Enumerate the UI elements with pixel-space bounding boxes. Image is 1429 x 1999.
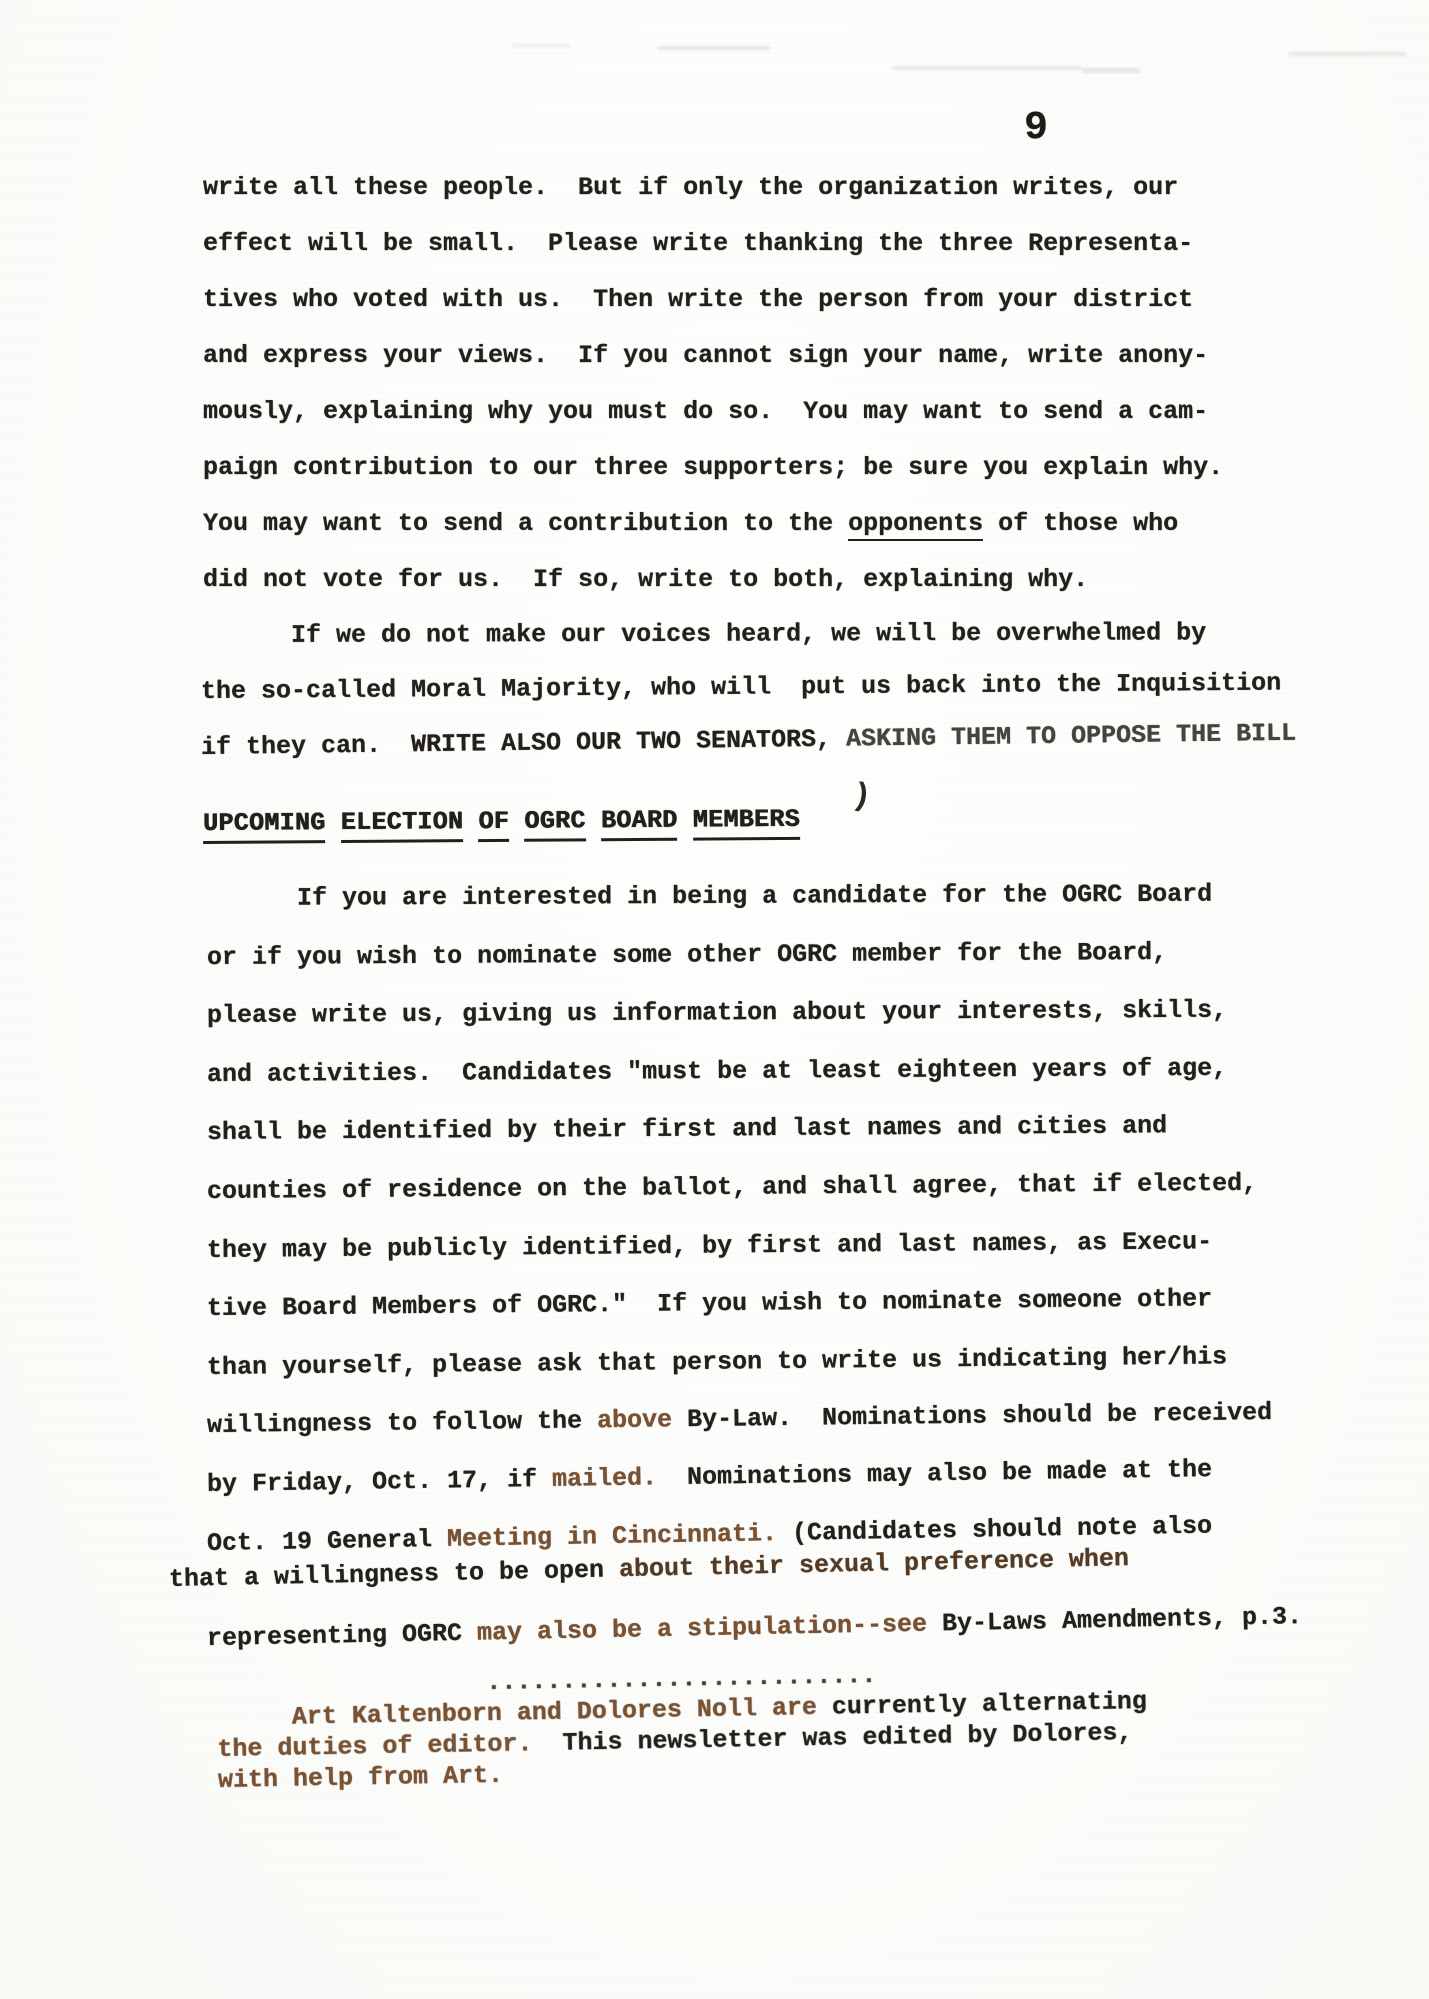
text-segment: OGRC [524, 806, 585, 841]
text-segment: please write us, giving us information a… [207, 996, 1227, 1030]
text-segment: the so-called Moral Majority, who will p… [201, 669, 1281, 706]
page-number: 9 [1024, 106, 1048, 151]
text-segment: with help from Art. [218, 1761, 504, 1795]
text-line: and express your views. If you cannot si… [203, 328, 1223, 384]
text-segment [463, 807, 479, 836]
text-segment: currently alternating [832, 1687, 1148, 1722]
text-segment: and express your views. If you cannot si… [203, 341, 1208, 370]
text-segment: of those who [983, 509, 1178, 538]
text-segment: that a willingness to be open [169, 1555, 620, 1594]
text-segment: about their sexual preference when [619, 1544, 1130, 1584]
text-segment: mously, explaining why you must do so. Y… [203, 397, 1208, 426]
text-line: shall be identified by their first and l… [207, 1097, 1303, 1163]
text-segment: representing OGRC [207, 1618, 478, 1652]
scan-smudge [512, 44, 570, 47]
text-segment [509, 807, 525, 836]
text-line: If we do not make our voices heard, we w… [201, 605, 1296, 664]
text-segment: tive Board Members of OGRC." If you wish… [207, 1285, 1212, 1324]
text-segment: By-Laws Amendments, p.3. [942, 1602, 1303, 1638]
text-segment: if they can. [201, 730, 411, 762]
text-segment: BOARD [601, 806, 678, 842]
text-line: and activities. Candidates "must be at l… [207, 1039, 1303, 1104]
text-segment: ASKING THEM TO OPPOSE THE BILL [846, 719, 1296, 754]
scan-smudge [1082, 68, 1140, 73]
text-segment: they may be publicly identified, by firs… [207, 1227, 1212, 1265]
text-line: write all these people. But if only the … [203, 160, 1223, 216]
text-segment [325, 808, 341, 837]
scan-smudge [1288, 52, 1406, 56]
text-segment: or if you wish to nominate some other OG… [207, 938, 1167, 972]
text-segment: may also be a stipulation--see [477, 1609, 943, 1647]
text-segment: Nominations may also be made at the [657, 1455, 1212, 1492]
editor-note: .......................... Art Kaltenbor… [216, 1655, 1148, 1796]
text-segment [677, 806, 693, 835]
text-line: UPCOMING ELECTION OF OGRC BOARD MEMBERS [203, 792, 800, 852]
text-segment: ELECTION [341, 807, 464, 843]
section-heading-upcoming-election: UPCOMING ELECTION OF OGRC BOARD MEMBERS [203, 796, 800, 852]
text-line: paign contribution to our three supporte… [203, 440, 1223, 496]
paragraph-letter-writing: write all these people. But if only the … [203, 160, 1223, 608]
text-line: If you are interested in being a candida… [207, 865, 1302, 928]
text-segment: paign contribution to our three supporte… [203, 453, 1223, 482]
text-segment: If we do not make our voices heard, we w… [201, 618, 1206, 650]
text-line: tives who voted with us. Then write the … [203, 272, 1223, 328]
text-line: they may be publicly identified, by firs… [207, 1212, 1303, 1280]
text-line: please write us, giving us information a… [207, 981, 1302, 1045]
text-segment: opponents [848, 509, 983, 541]
text-segment [585, 806, 601, 835]
text-segment: MEMBERS [693, 805, 800, 841]
paragraph-board-candidacy: If you are interested in being a candida… [207, 870, 1302, 1668]
text-segment: by Friday, Oct. 17, if [207, 1465, 552, 1499]
text-segment: OF [478, 807, 509, 842]
text-segment: tives who voted with us. Then write the … [203, 285, 1193, 314]
text-line: or if you wish to nominate some other OG… [207, 923, 1302, 987]
text-segment: did not vote for us. If so, write to bot… [203, 565, 1088, 594]
text-segment: UPCOMING [203, 808, 326, 844]
text-segment: By-Law. Nominations should be received [672, 1398, 1272, 1434]
text-segment: mailed. [552, 1463, 657, 1494]
text-segment: You may want to send a contribution to t… [203, 509, 848, 538]
text-segment: counties of residence on the ballot, and… [207, 1169, 1257, 1206]
stray-paren-mark: ) [849, 777, 874, 817]
text-segment: If you are interested in being a candida… [207, 880, 1212, 913]
text-line: did not vote for us. If so, write to bot… [203, 552, 1223, 608]
text-line: effect will be small. Please write thank… [203, 216, 1223, 272]
text-segment: shall be identified by their first and l… [207, 1112, 1167, 1148]
text-segment: the duties of editor. [217, 1729, 563, 1764]
scanned-newsletter-page: { "page_number": "9", "doc": { "paren_ar… [0, 0, 1429, 1999]
text-segment: effect will be small. Please write thank… [203, 229, 1193, 258]
text-line: You may want to send a contribution to t… [203, 496, 1223, 552]
paragraph-moral-majority: If we do not make our voices heard, we w… [201, 608, 1296, 776]
scan-smudge [892, 66, 1082, 70]
text-segment: WRITE ALSO OUR TWO SENATORS, [411, 725, 846, 760]
text-line: mously, explaining why you must do so. Y… [203, 384, 1223, 440]
text-segment: willingness to follow the [207, 1407, 597, 1441]
text-segment: write all these people. But if only the … [203, 173, 1178, 202]
text-segment: above [597, 1406, 672, 1436]
text-segment: than yourself, please ask that person to… [207, 1342, 1227, 1382]
scan-smudge [658, 46, 770, 50]
text-line: counties of residence on the ballot, and… [207, 1154, 1303, 1221]
text-segment: and activities. Candidates "must be at l… [207, 1054, 1227, 1089]
